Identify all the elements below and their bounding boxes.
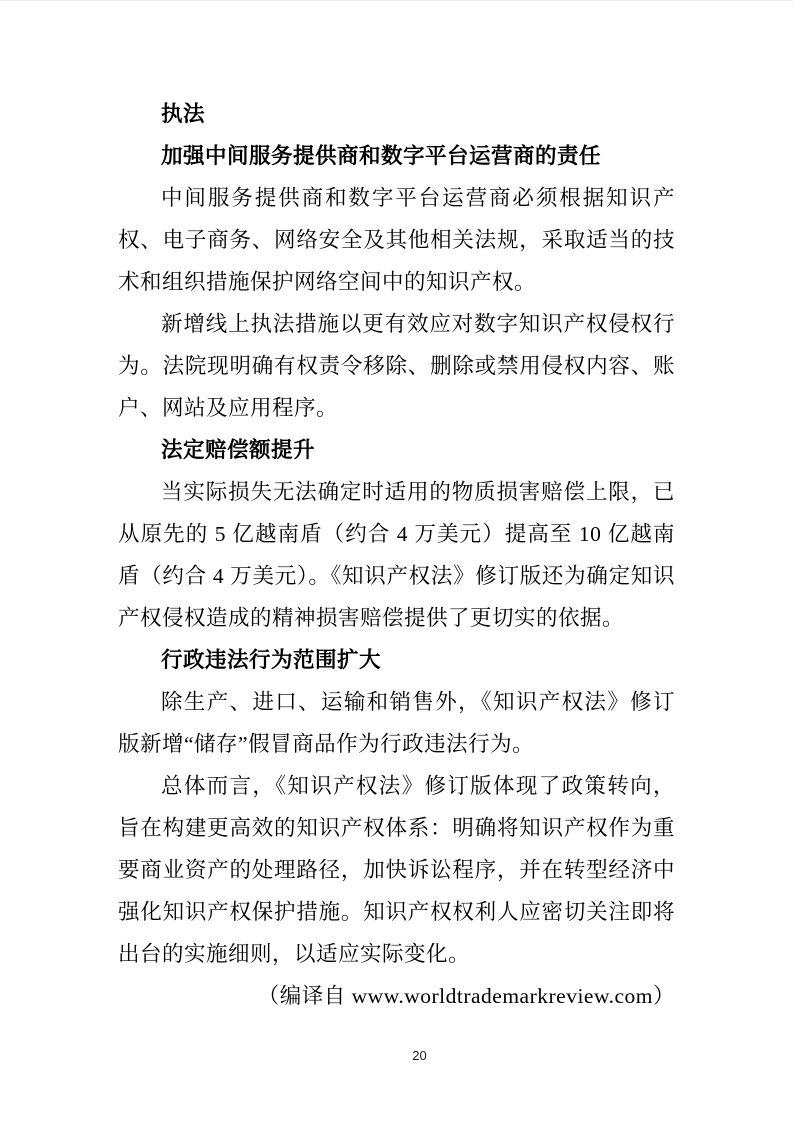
section-heading-intermediary-liability: 加强中间服务提供商和数字平台运营商的责任 <box>118 135 675 177</box>
page-footer: 20 <box>46 1047 793 1065</box>
section-heading-statutory-damages: 法定赔偿额提升 <box>118 429 675 471</box>
section-heading-enforcement: 执法 <box>118 93 675 135</box>
paragraph-online-enforcement: 新增线上执法措施以更有效应对数字知识产权侵权行为。法院现明确有权责令移除、删除或… <box>118 303 675 429</box>
section-heading-administrative-violations: 行政违法行为范围扩大 <box>118 639 675 681</box>
paragraph-overall-summary: 总体而言，《知识产权法》修订版体现了政策转向，旨在构建更高效的知识产权体系：明确… <box>118 765 675 975</box>
document-page: { "page": { "background": "#ffffff", "te… <box>0 0 793 1122</box>
page-number: 20 <box>412 1048 426 1063</box>
paragraph-damages-cap: 当实际损失无法确定时适用的物质损害赔偿上限，已从原先的 5 亿越南盾（约合 4 … <box>118 471 675 639</box>
source-attribution: （编译自 www.worldtrademarkreview.com） <box>118 975 675 1017</box>
document-body: 执法 加强中间服务提供商和数字平台运营商的责任 中间服务提供商和数字平台运营商必… <box>118 93 675 1017</box>
paragraph-intermediary-obligations: 中间服务提供商和数字平台运营商必须根据知识产权、电子商务、网络安全及其他相关法规… <box>118 177 675 303</box>
paragraph-storage-violation: 除生产、进口、运输和销售外，《知识产权法》修订版新增“储存”假冒商品作为行政违法… <box>118 681 675 765</box>
